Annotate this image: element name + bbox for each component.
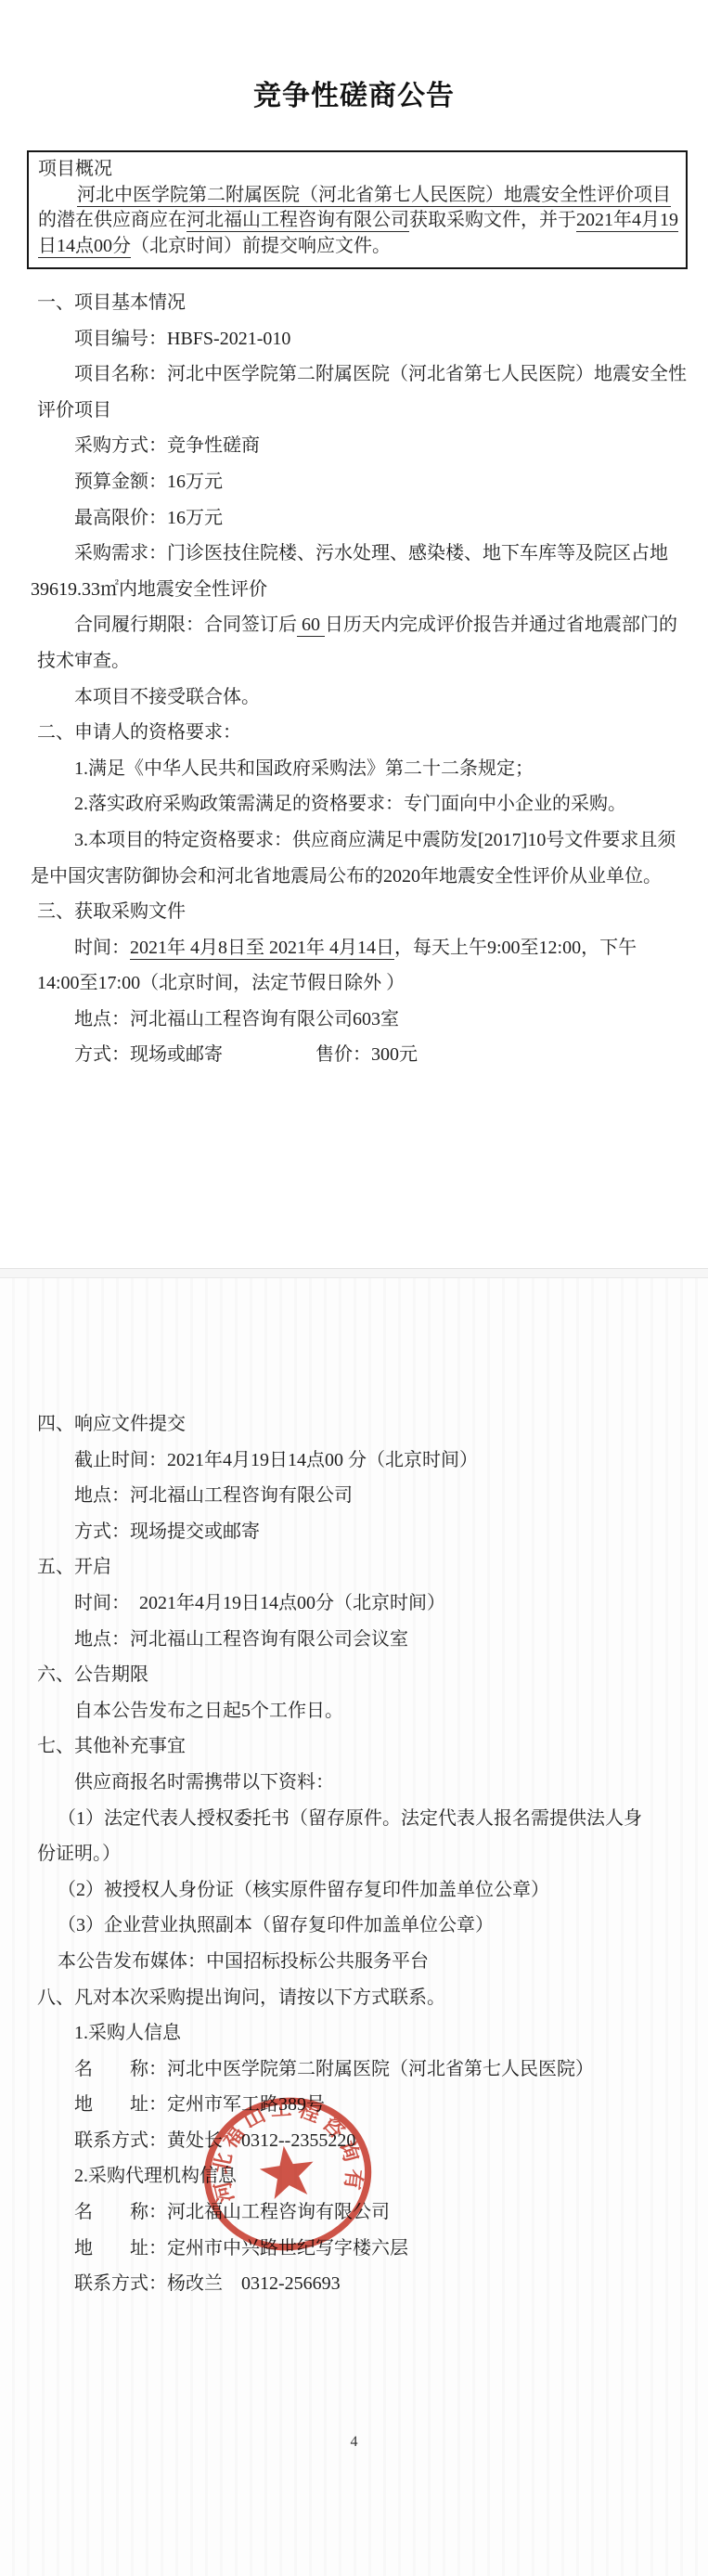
doc-line: 截止时间：2021年4月19日14点00 分（北京时间） <box>37 1443 689 1479</box>
text-segment: 时间： 2021年4月19日14点00分（北京时间） <box>74 1593 445 1613</box>
doc-line: 2.采购代理机构信息 <box>37 2158 689 2194</box>
doc-line: 名 称：河北福山工程咨询有限公司 <box>37 2194 689 2231</box>
doc-line: 供应商报名时需携带以下资料： <box>37 1765 689 1801</box>
text-segment: 二、申请人的资格要求： <box>37 722 241 743</box>
doc-line: 项目编号：HBFS-2021-010 <box>37 321 689 357</box>
doc-line: 是中国灾害防御协会和河北省地震局公布的2020年地震安全性评价从业单位。 <box>31 859 689 895</box>
text-segment: 时间： <box>74 938 130 958</box>
text-segment: （1）法定代表人授权委托书（留存原件。法定代表人报名需提供法人身 <box>58 1808 642 1829</box>
doc-line: 3.本项目的特定资格要求：供应商应满足中震防发[2017]10号文件要求且须 <box>37 822 689 859</box>
doc-line: 五、开启 <box>37 1549 689 1586</box>
doc-line: 时间：2021年 4月8日至 2021年 4月14日，每天上午9:00至12:0… <box>37 930 689 966</box>
text-segment: 地 址：定州市军工路389号 <box>74 2094 325 2115</box>
doc-line: 三、获取采购文件 <box>37 894 689 930</box>
page-number: 4 <box>0 2434 708 2451</box>
text-segment: 三、获取采购文件 <box>37 901 186 922</box>
doc-line: （2）被授权人身份证（核实原件留存复印件加盖单位公章） <box>37 1872 689 1909</box>
doc-line: 地点：河北福山工程咨询有限公司会议室 <box>37 1622 689 1658</box>
document-title: 竞争性磋商公告 <box>0 0 708 113</box>
text-segment: 七、其他补充事宜 <box>37 1736 186 1756</box>
text-segment: 是中国灾害防御协会和河北省地震局公布的2020年地震安全性评价从业单位。 <box>31 866 662 887</box>
doc-line: 自本公告发布之日起5个工作日。 <box>37 1693 689 1729</box>
text-segment: 地 址：定州市中兴路世纪写字楼六层 <box>74 2238 408 2259</box>
text-segment: 本公告发布媒体：中国招标投标公共服务平台 <box>58 1951 429 1972</box>
doc-line: 1.满足《中华人民共和国政府采购法》第二十二条规定； <box>37 751 689 787</box>
text-segment: 六、公告期限 <box>37 1664 148 1685</box>
document-page-2: 四、响应文件提交截止时间：2021年4月19日14点00 分（北京时间）地点：河… <box>0 1278 708 2576</box>
doc-line: 联系方式：黄处长 0312--2355220 <box>37 2123 689 2159</box>
doc-line: 四、响应文件提交 <box>37 1406 689 1443</box>
doc-line: 一、项目基本情况 <box>37 285 689 321</box>
doc-line: 地点：河北福山工程咨询有限公司603室 <box>37 1002 689 1038</box>
page1-body-text: 一、项目基本情况项目编号：HBFS-2021-010项目名称：河北中医学院第二附… <box>37 285 689 1073</box>
underlined-text-segment: 2021年 4月8日至 2021年 4月14日 <box>130 938 394 960</box>
doc-line: 本公告发布媒体：中国招标投标公共服务平台 <box>37 1944 689 1980</box>
text-segment: 2.采购代理机构信息 <box>74 2166 237 2186</box>
text-segment: 自本公告发布之日起5个工作日。 <box>74 1701 343 1721</box>
text-segment: 联系方式：杨改兰 0312-256693 <box>74 2273 341 2294</box>
doc-line: 联系方式：杨改兰 0312-256693 <box>37 2266 689 2302</box>
text-segment: ，每天上午9:00至12:00，下午 <box>394 938 637 958</box>
doc-line: 采购需求：门诊医技住院楼、污水处理、感染楼、地下车库等及院区占地 <box>37 536 689 572</box>
text-segment: 采购需求：门诊医技住院楼、污水处理、感染楼、地下车库等及院区占地 <box>74 543 668 563</box>
text-segment: 地点：河北福山工程咨询有限公司会议室 <box>74 1629 408 1650</box>
doc-line: 六、公告期限 <box>37 1657 689 1693</box>
text-segment: 供应商报名时需携带以下资料： <box>74 1772 334 1793</box>
text-segment: 截止时间：2021年4月19日14点00 分（北京时间） <box>74 1450 478 1470</box>
doc-line: 方式：现场或邮寄 售价：300元 <box>37 1037 689 1073</box>
doc-line: 七、其他补充事宜 <box>37 1728 689 1765</box>
text-segment: 一、项目基本情况 <box>37 292 186 313</box>
text-segment: 方式：现场提交或邮寄 <box>74 1521 260 1542</box>
doc-line: 名 称：河北中医学院第二附属医院（河北省第七人民医院） <box>37 2052 689 2088</box>
underlined-text-segment: 60 <box>297 615 325 637</box>
deadline-underlined: 日14点00分 <box>38 236 131 258</box>
overview-paragraph-line: 日14点00分（北京时间）前提交响应文件。 <box>38 234 678 260</box>
doc-line: 39619.33㎡内地震安全性评价 <box>31 572 689 608</box>
doc-line: 方式：现场提交或邮寄 <box>37 1514 689 1550</box>
doc-line: 地 址：定州市中兴路世纪写字楼六层 <box>37 2231 689 2267</box>
text-segment: 采购方式：竞争性磋商 <box>74 435 260 456</box>
doc-line: 项目名称：河北中医学院第二附属医院（河北省第七人民医院）地震安全性 <box>37 356 689 393</box>
text-segment: （3）企业营业执照副本（留存复印件加盖单位公章） <box>58 1915 494 1935</box>
text-segment: 联系方式：黄处长 0312--2355220 <box>74 2130 355 2151</box>
text-segment: （北京时间）前提交响应文件。 <box>131 236 391 256</box>
text-segment: 1.采购人信息 <box>74 2023 181 2043</box>
project-name-underlined: 河北中医学院第二附属医院（河北省第七人民医院）地震安全性评价项目 <box>77 185 671 207</box>
text-segment: 14:00至17:00（北京时间，法定节假日除外 ） <box>37 973 405 993</box>
overview-heading: 项目概况 <box>38 157 678 183</box>
doc-line: 评价项目 <box>37 393 689 429</box>
doc-line: 采购方式：竞争性磋商 <box>37 428 689 464</box>
text-segment: 五、开启 <box>37 1557 111 1577</box>
text-segment: 本项目不接受联合体。 <box>74 687 260 707</box>
text-segment: 评价项目 <box>37 400 111 421</box>
text-segment: 合同履行期限：合同签订后 <box>74 615 297 635</box>
text-segment: 的潜在供应商应在 <box>38 210 187 230</box>
text-segment: 名 称：河北中医学院第二附属医院（河北省第七人民医院） <box>74 2059 594 2079</box>
text-segment: 最高限价：16万元 <box>74 508 223 528</box>
doc-line: （3）企业营业执照副本（留存复印件加盖单位公章） <box>37 1908 689 1944</box>
text-segment: 名 称：河北福山工程咨询有限公司 <box>74 2202 390 2222</box>
text-segment: 方式：现场或邮寄 售价：300元 <box>74 1044 418 1065</box>
doc-line: 1.采购人信息 <box>37 2015 689 2052</box>
doc-line: 技术审查。 <box>37 643 689 680</box>
text-segment: 技术审查。 <box>37 651 130 671</box>
text-segment: 预算金额：16万元 <box>74 472 223 492</box>
document-page-1: 竞争性磋商公告 项目概况 河北中医学院第二附属医院（河北省第七人民医院）地震安全… <box>0 0 708 1269</box>
doc-line: 地点：河北福山工程咨询有限公司 <box>37 1478 689 1514</box>
text-segment: 四、响应文件提交 <box>37 1414 186 1434</box>
doc-line: 预算金额：16万元 <box>37 464 689 500</box>
text-segment: 项目编号：HBFS-2021-010 <box>74 329 290 349</box>
doc-line: 2.落实政府采购政策需满足的资格要求：专门面向中小企业的采购。 <box>37 786 689 822</box>
deadline-underlined: 2021年4月19 <box>576 210 678 232</box>
doc-line: 二、申请人的资格要求： <box>37 715 689 751</box>
project-overview-box: 项目概况 河北中医学院第二附属医院（河北省第七人民医院）地震安全性评价项目 的潜… <box>27 150 688 269</box>
text-segment: 地点：河北福山工程咨询有限公司603室 <box>74 1009 399 1029</box>
page-break-divider <box>0 1269 708 1278</box>
doc-line: 八、凡对本次采购提出询问，请按以下方式联系。 <box>37 1980 689 2016</box>
doc-line: 合同履行期限：合同签订后 60 日历天内完成评价报告并通过省地震部门的 <box>37 607 689 643</box>
text-segment: 2.落实政府采购政策需满足的资格要求：专门面向中小企业的采购。 <box>74 794 626 814</box>
text-segment: 日历天内完成评价报告并通过省地震部门的 <box>325 615 677 635</box>
overview-paragraph-line: 的潜在供应商应在河北福山工程咨询有限公司获取采购文件，并于2021年4月19 <box>38 208 678 234</box>
doc-line: （1）法定代表人授权委托书（留存原件。法定代表人报名需提供法人身 <box>37 1801 689 1837</box>
text-segment: 1.满足《中华人民共和国政府采购法》第二十二条规定； <box>74 758 534 779</box>
text-segment: 获取采购文件，并于 <box>409 210 576 230</box>
page2-body-text: 四、响应文件提交截止时间：2021年4月19日14点00 分（北京时间）地点：河… <box>37 1278 689 2302</box>
agency-name-underlined: 河北福山工程咨询有限公司 <box>187 210 409 232</box>
doc-line: 最高限价：16万元 <box>37 500 689 537</box>
doc-line: 份证明。） <box>37 1836 689 1872</box>
text-segment: 份证明。） <box>37 1844 121 1864</box>
doc-line: 地 址：定州市军工路389号 <box>37 2087 689 2123</box>
text-segment: 八、凡对本次采购提出询问，请按以下方式联系。 <box>37 1987 445 2008</box>
text-segment: 项目名称：河北中医学院第二附属医院（河北省第七人民医院）地震安全性 <box>74 364 687 384</box>
text-segment: （2）被授权人身份证（核实原件留存复印件加盖单位公章） <box>58 1880 549 1900</box>
doc-line: 14:00至17:00（北京时间，法定节假日除外 ） <box>37 965 689 1002</box>
doc-line: 本项目不接受联合体。 <box>37 680 689 716</box>
overview-paragraph-line: 河北中医学院第二附属医院（河北省第七人民医院）地震安全性评价项目 <box>38 183 678 209</box>
text-segment: 39619.33㎡内地震安全性评价 <box>31 579 267 600</box>
doc-line: 时间： 2021年4月19日14点00分（北京时间） <box>37 1586 689 1622</box>
text-segment: 3.本项目的特定资格要求：供应商应满足中震防发[2017]10号文件要求且须 <box>74 830 676 850</box>
text-segment: 地点：河北福山工程咨询有限公司 <box>74 1485 353 1506</box>
